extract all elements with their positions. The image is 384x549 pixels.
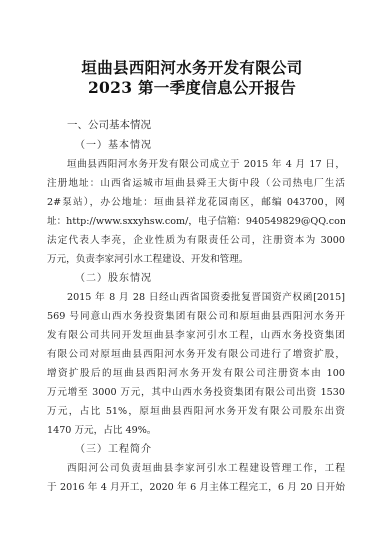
document-title-line2: 2023 第一季度信息公开报告 xyxy=(0,78,384,98)
paragraph-line: 于 2016 年 4 月开工，2020 年 6 月主体工程完工，6 月 20 日… xyxy=(47,480,345,496)
paragraph-line: 发有限公司共同开发垣曲县李家河引水工程，山西水务投资集团 xyxy=(47,328,345,344)
paragraph-line: 2#泵站），办公地址：垣曲县祥龙花园南区，邮编 043700，网 xyxy=(47,195,345,211)
paragraph-line: 569 号同意山西水务投资集团有限公司和原垣曲县西阳河水务开 xyxy=(47,309,345,325)
paragraph-line: 2015 年 8 月 28 日经山西省国资委批复晋国资产权函[2015] xyxy=(67,290,345,306)
subsection-heading-basic-info: （一）基本情况 xyxy=(75,138,152,154)
document-page: 垣曲县西阳河水务开发有限公司 2023 第一季度信息公开报告 一、公司基本情况 … xyxy=(0,0,384,549)
paragraph-line: 1470 万元，占比 49%。 xyxy=(47,423,345,439)
subsection-heading-project-intro: （三）工程简介 xyxy=(75,442,152,458)
paragraph-line: 增资扩股后的垣曲县西阳河水务开发有限公司注册资本由 100 xyxy=(47,366,345,382)
paragraph-line: 万元增至 3000 万元，其中山西水务投资集团有限公司出资 1530 xyxy=(47,385,345,401)
subsection-heading-shareholders: （二）股东情况 xyxy=(75,271,152,287)
section-heading-company-info: 一、公司基本情况 xyxy=(67,117,151,133)
paragraph-line: 万元，负责李家河引水工程建设、开发和管理。 xyxy=(47,252,345,268)
paragraph-line: 址：http://www.sxxyhsw.com/，电子信箱：940549829… xyxy=(47,214,345,230)
paragraph-line: 注册地址：山西省运城市垣曲县舜王大街中段（公司热电厂生活 xyxy=(47,176,345,192)
paragraph-line: 万元，占比 51%，原垣曲县西阳河水务开发有限公司股东出资 xyxy=(47,404,345,420)
paragraph-line: 西阳河公司负责垣曲县李家河引水工程建设管理工作，工程 xyxy=(67,461,345,477)
document-title-line1: 垣曲县西阳河水务开发有限公司 xyxy=(0,58,384,78)
paragraph-line: 垣曲县西阳河水务开发有限公司成立于 2015 年 4 月 17 日， xyxy=(67,157,345,173)
paragraph-line: 有限公司对原垣曲县西阳河水务开发有限公司进行了增资扩股， xyxy=(47,347,345,363)
paragraph-line: 法定代表人李亮，企业性质为有限责任公司，注册资本为 3000 xyxy=(47,233,345,249)
